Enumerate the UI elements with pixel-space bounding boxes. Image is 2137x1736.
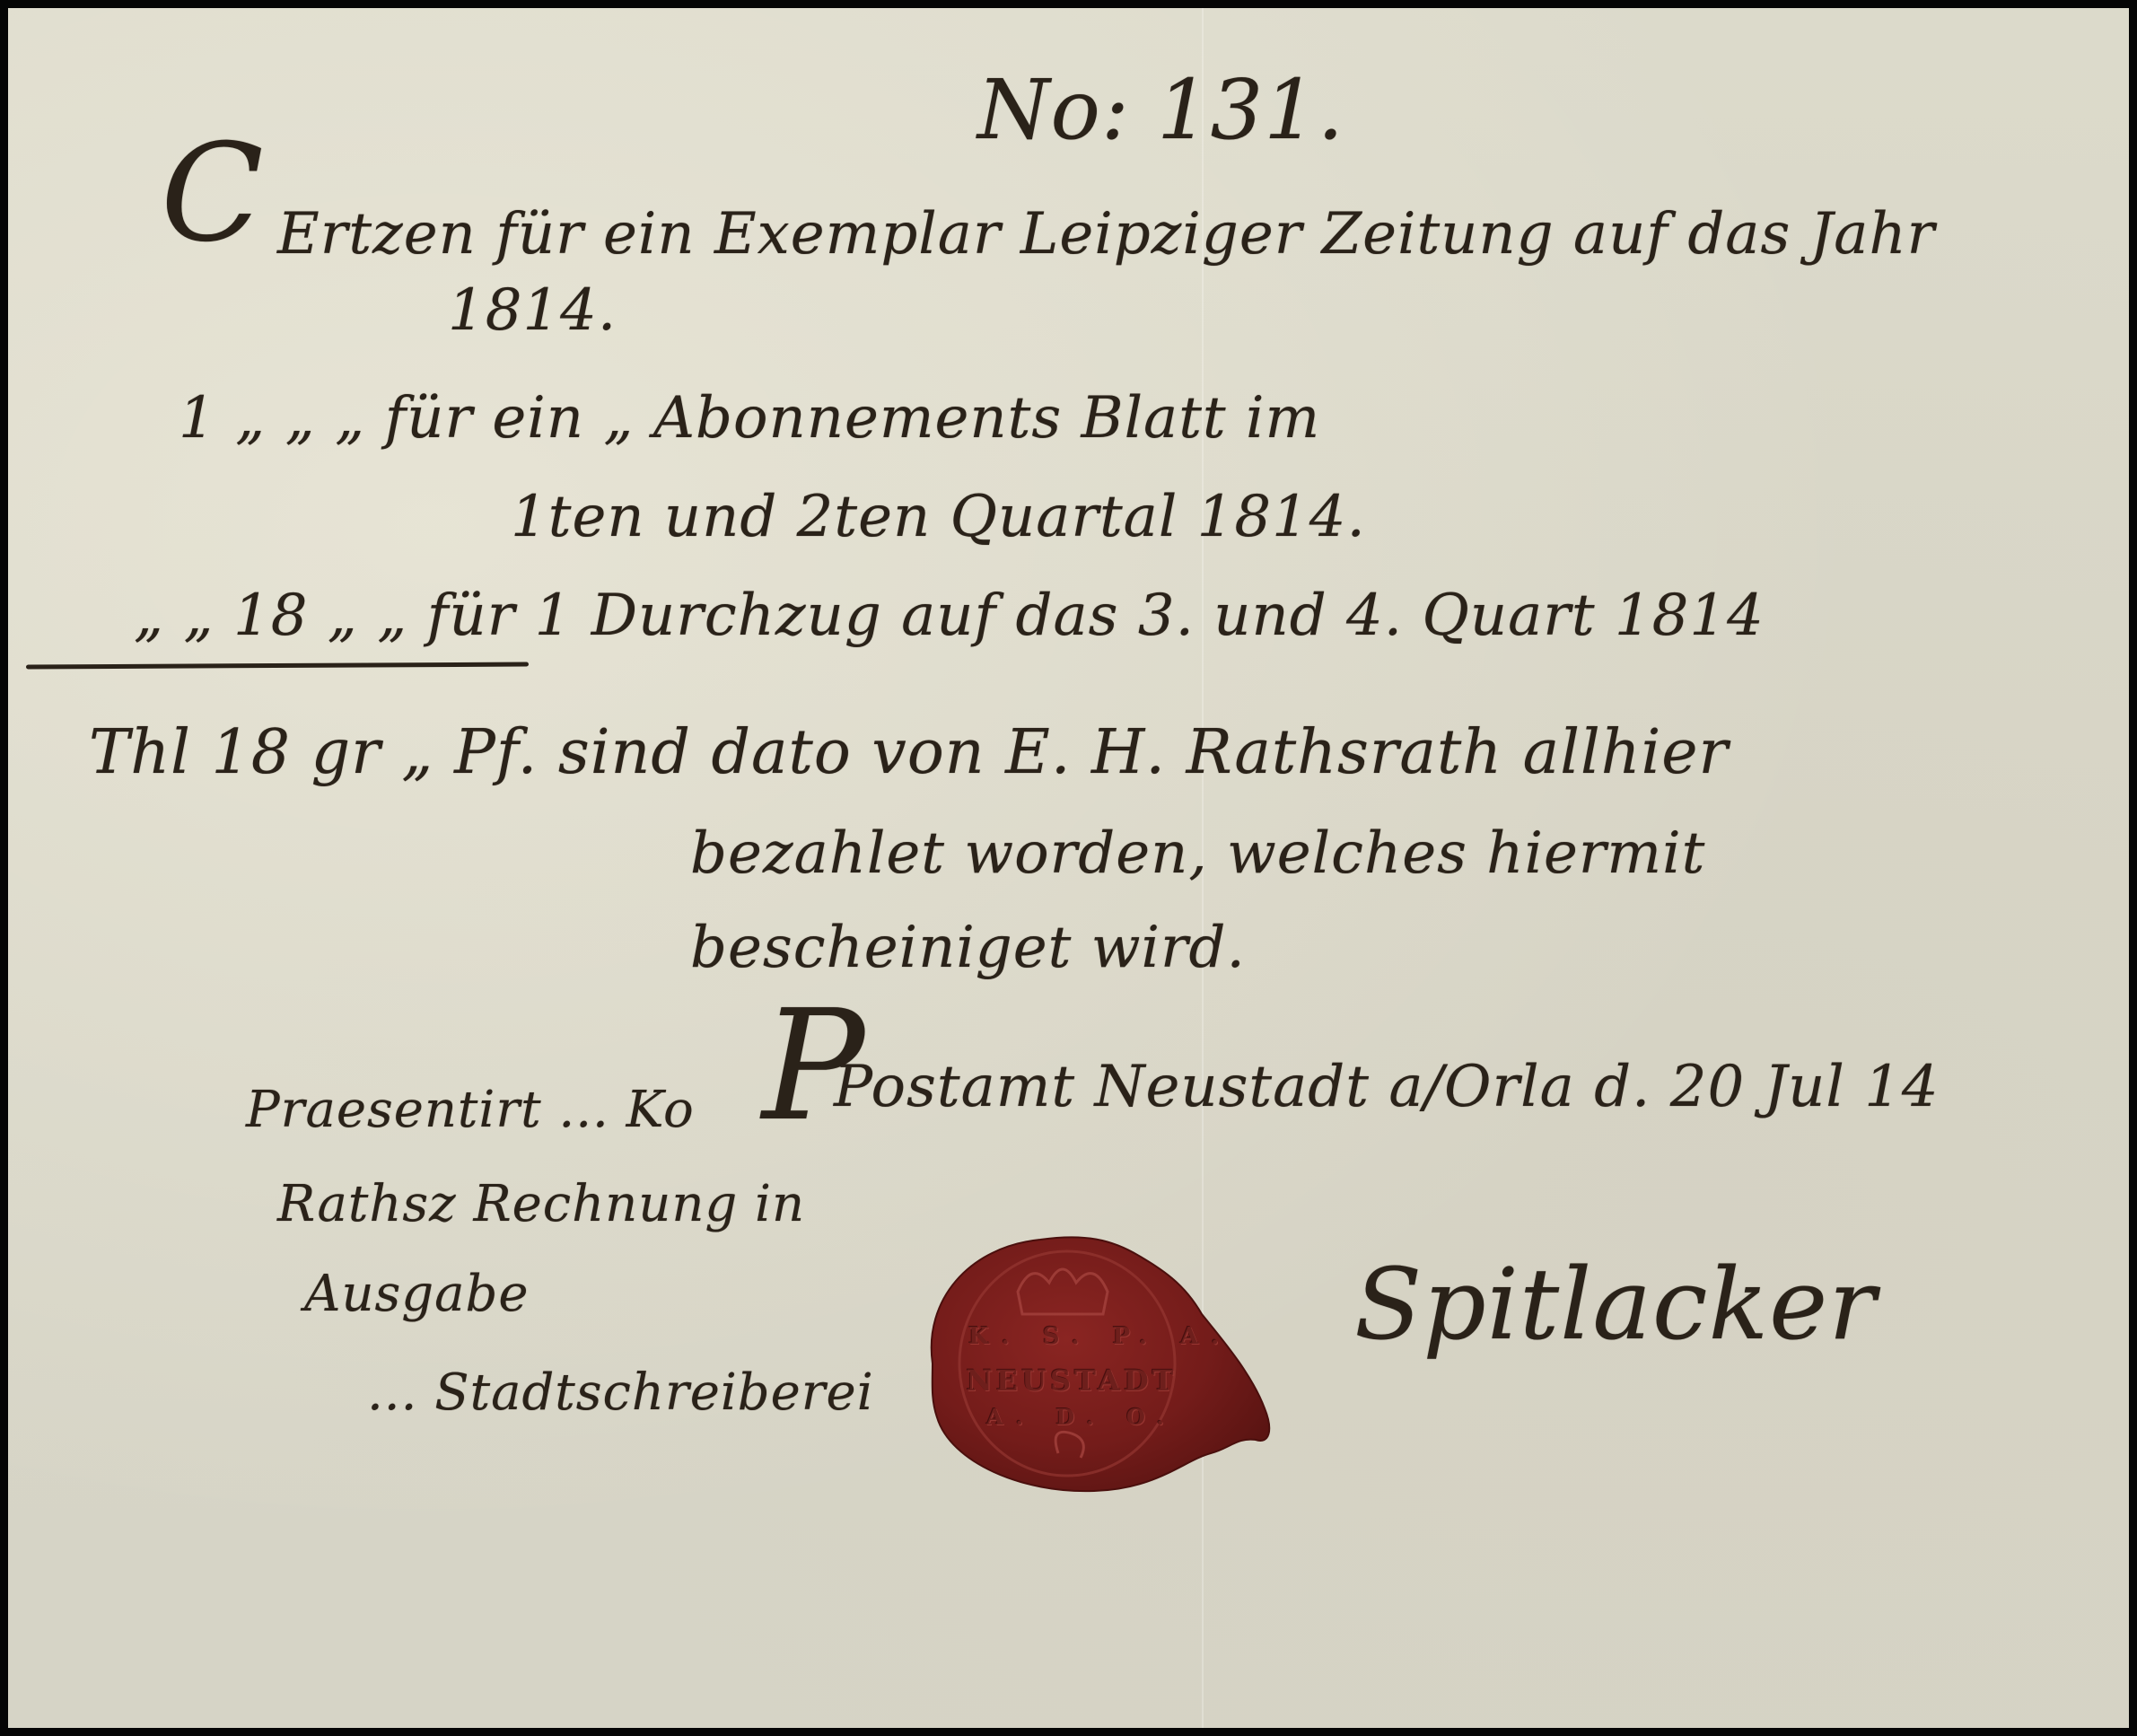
document-number: No: 131. bbox=[977, 62, 1344, 158]
text-line-1: Ertzen für ein Exemplar Leipziger Zeitun… bbox=[277, 201, 1935, 267]
margin-note-line-4: ... Stadtschreiberei bbox=[367, 1363, 874, 1422]
text-line-2: 1814. bbox=[448, 277, 617, 344]
margin-note-line-2: Rathsz Rechnung in bbox=[277, 1175, 805, 1233]
text-line-8: bescheiniget wird. bbox=[690, 915, 1246, 981]
wax-seal: K. S. P. A. NEUSTADT A. D. O. bbox=[915, 1229, 1292, 1498]
text-line-7: bezahlet worden, welches hiermit bbox=[690, 820, 1705, 887]
seal-text-line-2: NEUSTADT bbox=[950, 1363, 1193, 1398]
initial-flourish: C bbox=[161, 116, 265, 272]
text-line-5: „ „ 18 „ „ für 1 Durchzug auf das 3. und… bbox=[134, 583, 1765, 649]
text-line-4: 1ten und 2ten Quartal 1814. bbox=[511, 484, 1366, 550]
margin-note-line-1: Praesentirt ... Ko bbox=[246, 1081, 695, 1139]
signature: Spitlacker bbox=[1354, 1247, 1877, 1362]
seal-text-line-1: K. S. P. A. bbox=[968, 1323, 1175, 1350]
margin-note-line-3: Ausgabe bbox=[304, 1265, 529, 1323]
text-line-6: Thl 18 gr „ Pf. sind dato von E. H. Rath… bbox=[89, 717, 1729, 788]
text-line-3: 1 „ „ „ für ein „ Abonnements Blatt im bbox=[179, 385, 1320, 452]
sum-rule bbox=[26, 662, 529, 670]
text-line-9: Postamt Neustadt a/Orla d. 20 Jul 14 bbox=[834, 1054, 1940, 1120]
seal-text-line-3: A. D. O. bbox=[986, 1404, 1166, 1430]
document-paper: No: 131. C Ertzen für ein Exemplar Leipz… bbox=[8, 8, 2129, 1728]
